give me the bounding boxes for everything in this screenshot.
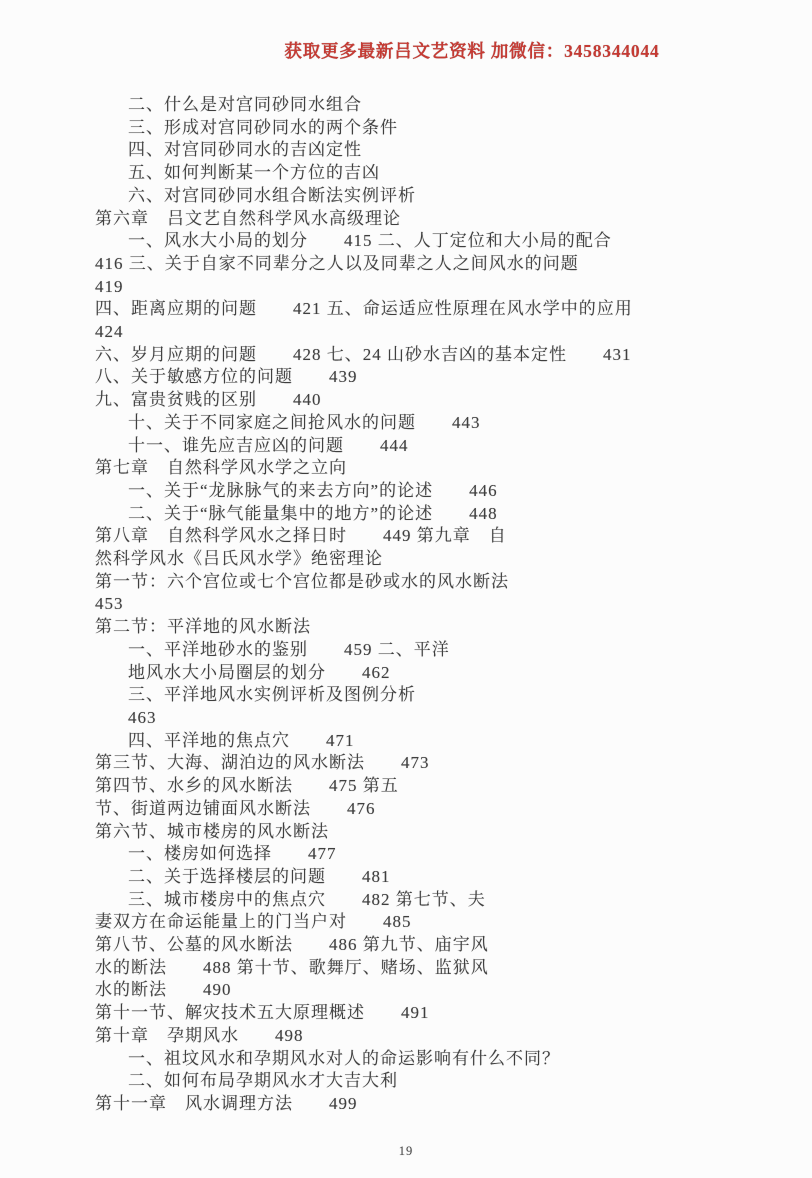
document-page: 获取更多最新吕文艺资料 加微信：3458344044 二、什么是对宫同砂同水组合…: [0, 0, 812, 1178]
toc-line: 四、对宫同砂同水的吉凶定性: [95, 139, 745, 162]
toc-line: 第六章 吕文艺自然科学风水高级理论: [95, 208, 745, 231]
toc-line: 一、关于“龙脉脉气的来去方向”的论述 446: [95, 480, 745, 503]
toc-line: 三、平洋地风水实例评析及图例分析: [95, 684, 745, 707]
toc-line: 第四节、水乡的风水断法 475 第五: [95, 775, 745, 798]
toc-line: 二、关于选择楼层的问题 481: [95, 866, 745, 889]
toc-line: 二、关于“脉气能量集中的地方”的论述 448: [95, 503, 745, 526]
toc-line: 四、距离应期的问题 421 五、命运适应性原理在风水学中的应用: [95, 298, 745, 321]
toc-line: 第二节：平洋地的风水断法: [95, 616, 745, 639]
toc-line: 第七章 自然科学风水学之立向: [95, 457, 745, 480]
header-notice: 获取更多最新吕文艺资料 加微信：3458344044: [0, 38, 812, 63]
toc-line: 一、风水大小局的划分 415 二、人丁定位和大小局的配合: [95, 230, 745, 253]
toc-line: 地风水大小局圈层的划分 462: [95, 662, 745, 685]
toc-line: 四、平洋地的焦点穴 471: [95, 730, 745, 753]
toc-line: 第八节、公墓的风水断法 486 第九节、庙宇风: [95, 934, 745, 957]
toc-line: 第一节：六个宫位或七个宫位都是砂或水的风水断法: [95, 571, 745, 594]
toc-line: 463: [95, 707, 745, 730]
toc-line: 第十章 孕期风水 498: [95, 1025, 745, 1048]
toc-line: 第八章 自然科学风水之择日时 449 第九章 自: [95, 525, 745, 548]
toc-line: 一、楼房如何选择 477: [95, 843, 745, 866]
toc-line: 一、祖坟风水和孕期风水对人的命运影响有什么不同？: [95, 1048, 745, 1071]
toc-line: 二、什么是对宫同砂同水组合: [95, 94, 745, 117]
toc-line: 第十一章 风水调理方法 499: [95, 1093, 745, 1116]
toc-line: 十一、谁先应吉应凶的问题 444: [95, 435, 745, 458]
toc-line: 六、岁月应期的问题 428 七、24 山砂水吉凶的基本定性 431: [95, 344, 745, 367]
toc-line: 妻双方在命运能量上的门当户对 485: [95, 911, 745, 934]
toc-line: 五、如何判断某一个方位的吉凶: [95, 162, 745, 185]
toc-line: 453: [95, 593, 745, 616]
toc-line: 八、关于敏感方位的问题 439: [95, 366, 745, 389]
toc: 二、什么是对宫同砂同水组合三、形成对宫同砂同水的两个条件四、对宫同砂同水的吉凶定…: [95, 94, 745, 1116]
toc-line: 九、富贵贫贱的区别 440: [95, 389, 745, 412]
toc-line: 水的断法 490: [95, 979, 745, 1002]
toc-line: 然科学风水《吕氏风水学》绝密理论: [95, 548, 745, 571]
toc-line: 十、关于不同家庭之间抢风水的问题 443: [95, 412, 745, 435]
toc-line: 419: [95, 276, 745, 299]
toc-line: 416 三、关于自家不同辈分之人以及同辈之人之间风水的问题: [95, 253, 745, 276]
toc-line: 第十一节、解灾技术五大原理概述 491: [95, 1002, 745, 1025]
toc-line: 节、街道两边铺面风水断法 476: [95, 798, 745, 821]
toc-line: 424: [95, 321, 745, 344]
toc-line: 水的断法 488 第十节、歌舞厅、赌场、监狱风: [95, 957, 745, 980]
toc-line: 第三节、大海、湖泊边的风水断法 473: [95, 752, 745, 775]
toc-line: 三、城市楼房中的焦点穴 482 第七节、夫: [95, 889, 745, 912]
toc-line: 三、形成对宫同砂同水的两个条件: [95, 117, 745, 140]
toc-line: 一、平洋地砂水的鉴别 459 二、平洋: [95, 639, 745, 662]
toc-line: 二、如何布局孕期风水才大吉大利: [95, 1070, 745, 1093]
page-number: 19: [0, 1144, 812, 1159]
toc-line: 第六节、城市楼房的风水断法: [95, 821, 745, 844]
toc-line: 六、对宫同砂同水组合断法实例评析: [95, 185, 745, 208]
